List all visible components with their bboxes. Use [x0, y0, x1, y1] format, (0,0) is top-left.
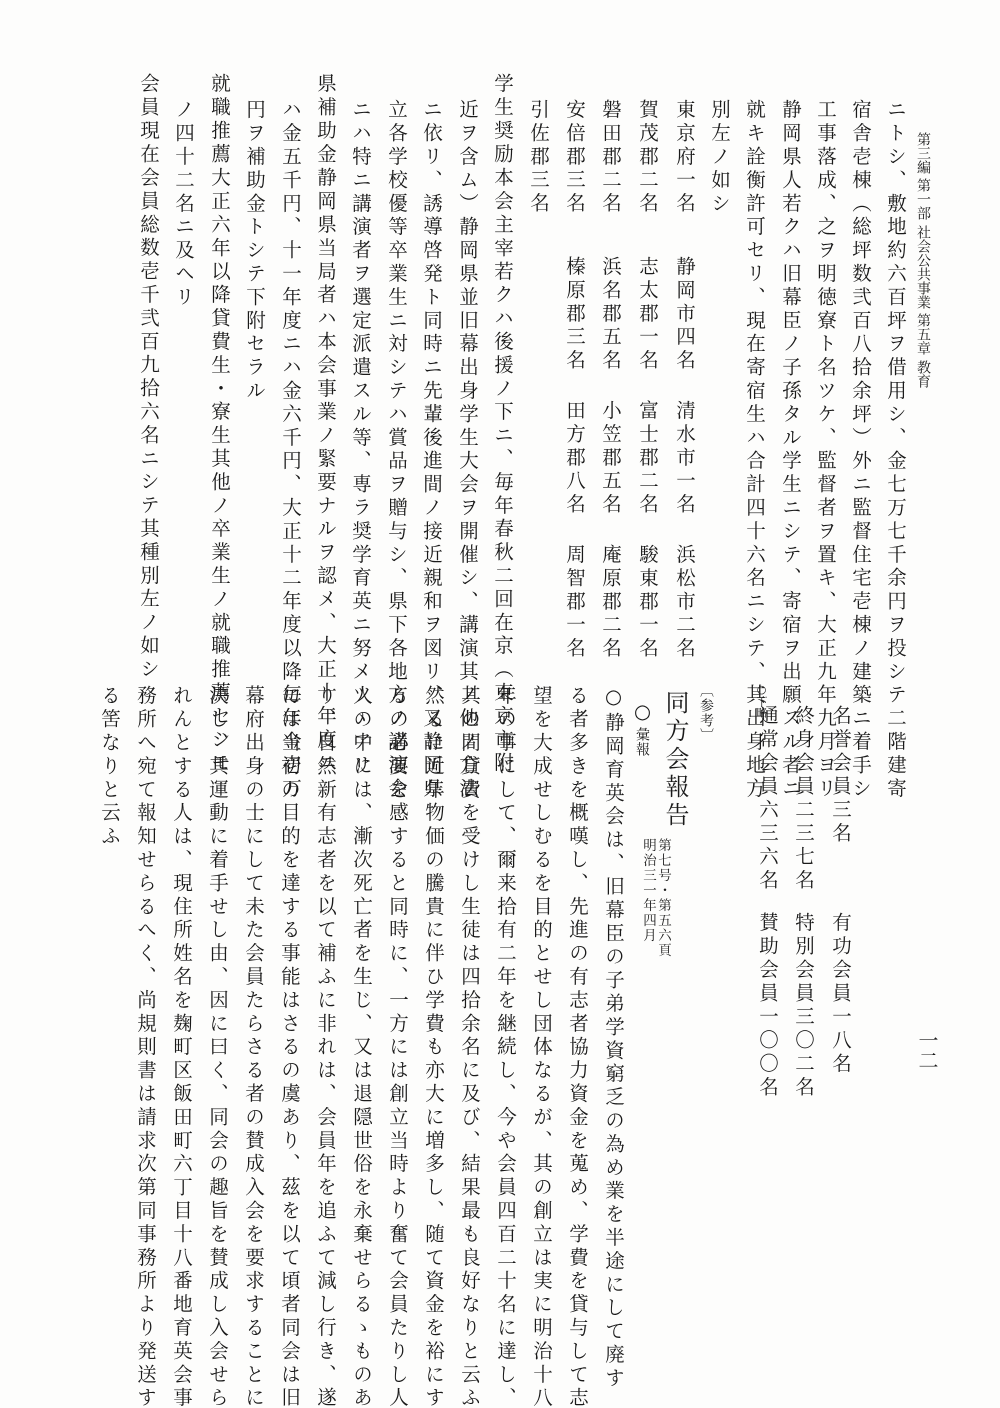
- member-cell: 特別会員三〇二名: [794, 912, 814, 1099]
- body-line: ノ四十二名ニ及ヘリ: [174, 99, 194, 310]
- origin-cell: 静岡市四名: [675, 256, 695, 373]
- body-line: る者多きを概嘆し、先進の有志者協力資金を蒐め、学費を貸与して志: [568, 685, 588, 1408]
- body-line: 幕府出身の士にして未た会員たらさる者の賛成入会を要求することに: [244, 685, 264, 1408]
- header-chapter: 第五章: [916, 313, 930, 355]
- scholarship-para: 学生奨励本会主宰若クハ後援ノ下ニ、毎年春秋二回在京（東京市附: [493, 73, 513, 775]
- body-line: 務所へ宛て報知せらるへく、尚規則書は請求次第同事務所より発送す: [136, 685, 156, 1408]
- origin-cell: 浜名郡五名: [601, 256, 621, 373]
- reference-para: ○静岡育英会は、旧幕臣の子弟学資窮乏の為め業を半途にして廃す: [604, 685, 624, 1391]
- origin-cell: 小笠郡五名: [601, 400, 621, 517]
- origin-cell: 安倍郡三名: [565, 99, 585, 216]
- member-cell: 通常会員六三六名: [758, 705, 778, 892]
- body-line: り、自然新有志者を以て補ふに非れは、会員年を追ふて減し行き、遂: [316, 685, 336, 1408]
- body-line: 円ヲ補助金トシテ下附セラル: [245, 99, 265, 403]
- section-mark: ○: [631, 700, 654, 727]
- reference-heading: ○静岡育英会: [602, 685, 625, 829]
- header-subject: 教育: [916, 360, 930, 388]
- member-cell: 有功会員一八名: [831, 912, 851, 1076]
- section-heading: ○彙報: [633, 700, 653, 757]
- members-para: 会員現在会員総数壱千弐百九拾六名ニシテ其種別左ノ如シ: [139, 73, 159, 681]
- subsidy-label: 県補助金: [314, 73, 337, 167]
- employment-para: 就職推薦大正六年以降貸費生・寮生其他ノ卒業生ノ就職推薦セシモ: [210, 73, 230, 775]
- scholarship-label: 学生奨励: [491, 73, 514, 167]
- body-line: 人の中には、漸次死亡者を生じ、又は退隠世俗を永棄せらるゝものあ: [352, 685, 372, 1408]
- body-line: 然るに近年物価の騰貴に伴ひ学費も亦大に増多し、随て資金を裕にす: [424, 685, 444, 1408]
- origin-cell: 駿東郡一名: [638, 544, 658, 661]
- origin-cell: 田方郡八名: [565, 400, 585, 517]
- origin-cell: 東京府一名: [675, 99, 695, 216]
- body-line: 別左ノ如シ: [710, 99, 730, 216]
- body-line: 工事落成、之ヲ明徳寮ト名ツケ、監督者ヲ置キ、大正九年九月ヨリ: [816, 99, 836, 801]
- origin-cell: 富士郡二名: [638, 400, 658, 517]
- omitted-note: ○下略: [756, 683, 767, 718]
- body-line: 静岡県人若クハ旧幕臣ノ子孫タル学生ニシテ、寄宿ヲ出願スル者ニ: [781, 99, 801, 801]
- subsidy-para: 県補助金静岡県当局者ハ本会事業ノ緊要ナルヲ認メ、大正十年度ニ: [316, 73, 336, 775]
- reference-label: 〔参考〕: [699, 683, 713, 743]
- body-line: 其の間貸費を受けし生徒は四拾余名に及び、結果最も良好なりと云ふ: [460, 685, 480, 1408]
- origin-cell: 賀茂郡二名: [638, 99, 658, 216]
- body-line: 宿舎壱棟（総坪数弐百八拾余坪）外ニ監督住宅壱棟ノ建築ニ着手シ: [851, 99, 871, 801]
- page-number: 一二: [913, 1030, 942, 1070]
- reference-title: 同方会報告: [663, 690, 687, 830]
- member-cell: 賛助会員一〇〇名: [758, 912, 778, 1099]
- section-label: 彙報: [634, 727, 650, 757]
- header-section: 第一部: [916, 178, 930, 220]
- members-label: 会員: [137, 73, 160, 120]
- header-title: 社会公共事業: [916, 225, 930, 309]
- origin-cell: 榛原郡三名: [565, 256, 585, 373]
- body-line: ニハ特ニ講演者ヲ選定派遣スル等、専ラ奨学育英ニ努メツヽアリ: [351, 99, 371, 778]
- body-line: るの必要を感すると同時に、一方には創立当時より奮て会員たりし人: [388, 685, 408, 1408]
- running-header: 第三編 第一部 社会公共事業 第五章 教育: [916, 132, 950, 388]
- body-line: る筈なりと云ふ: [100, 685, 120, 849]
- origin-cell: 周智郡一名: [565, 544, 585, 661]
- origin-cell: 庵原郡二名: [601, 544, 621, 661]
- body-line: 年の事にして、爾来拾有二年を継続し、今や会員四百二十名に達し、: [496, 685, 516, 1408]
- body-line: 決し、其運動に着手せし由、因に曰く、同会の趣旨を賛成し入会せら: [208, 685, 228, 1408]
- member-cell: 名誉会員三名: [831, 705, 851, 845]
- body-line: ニトシ、敷地約六百坪ヲ借用シ、金七万七千余円ヲ投シテ二階建寄: [886, 99, 906, 801]
- body-line: 望を大成せしむるを目的とせし団体なるが、其の創立は実に明治十八: [532, 685, 552, 1408]
- origin-cell: 引佐郡三名: [529, 99, 549, 216]
- header-part: 第三編: [916, 132, 930, 174]
- member-cell: 終身会員二三七名: [794, 705, 814, 892]
- origin-cell: 浜松市二名: [675, 544, 695, 661]
- body-line: れんとする人は、現住所姓名を麹町区飯田町六丁目十八番地育英会事: [172, 685, 192, 1408]
- body-line: には当初の目的を達する事能はさるの虞あり、茲を以て頃者同会は旧: [280, 685, 300, 1408]
- reference-issue: 第七号・第五六頁明治三一年四月: [640, 838, 670, 958]
- origin-cell: 清水市一名: [675, 400, 695, 517]
- origin-cell: 磐田郡二名: [601, 99, 621, 216]
- origin-cell: 志太郡一名: [638, 256, 658, 373]
- employment-label: 就職推薦: [208, 73, 231, 167]
